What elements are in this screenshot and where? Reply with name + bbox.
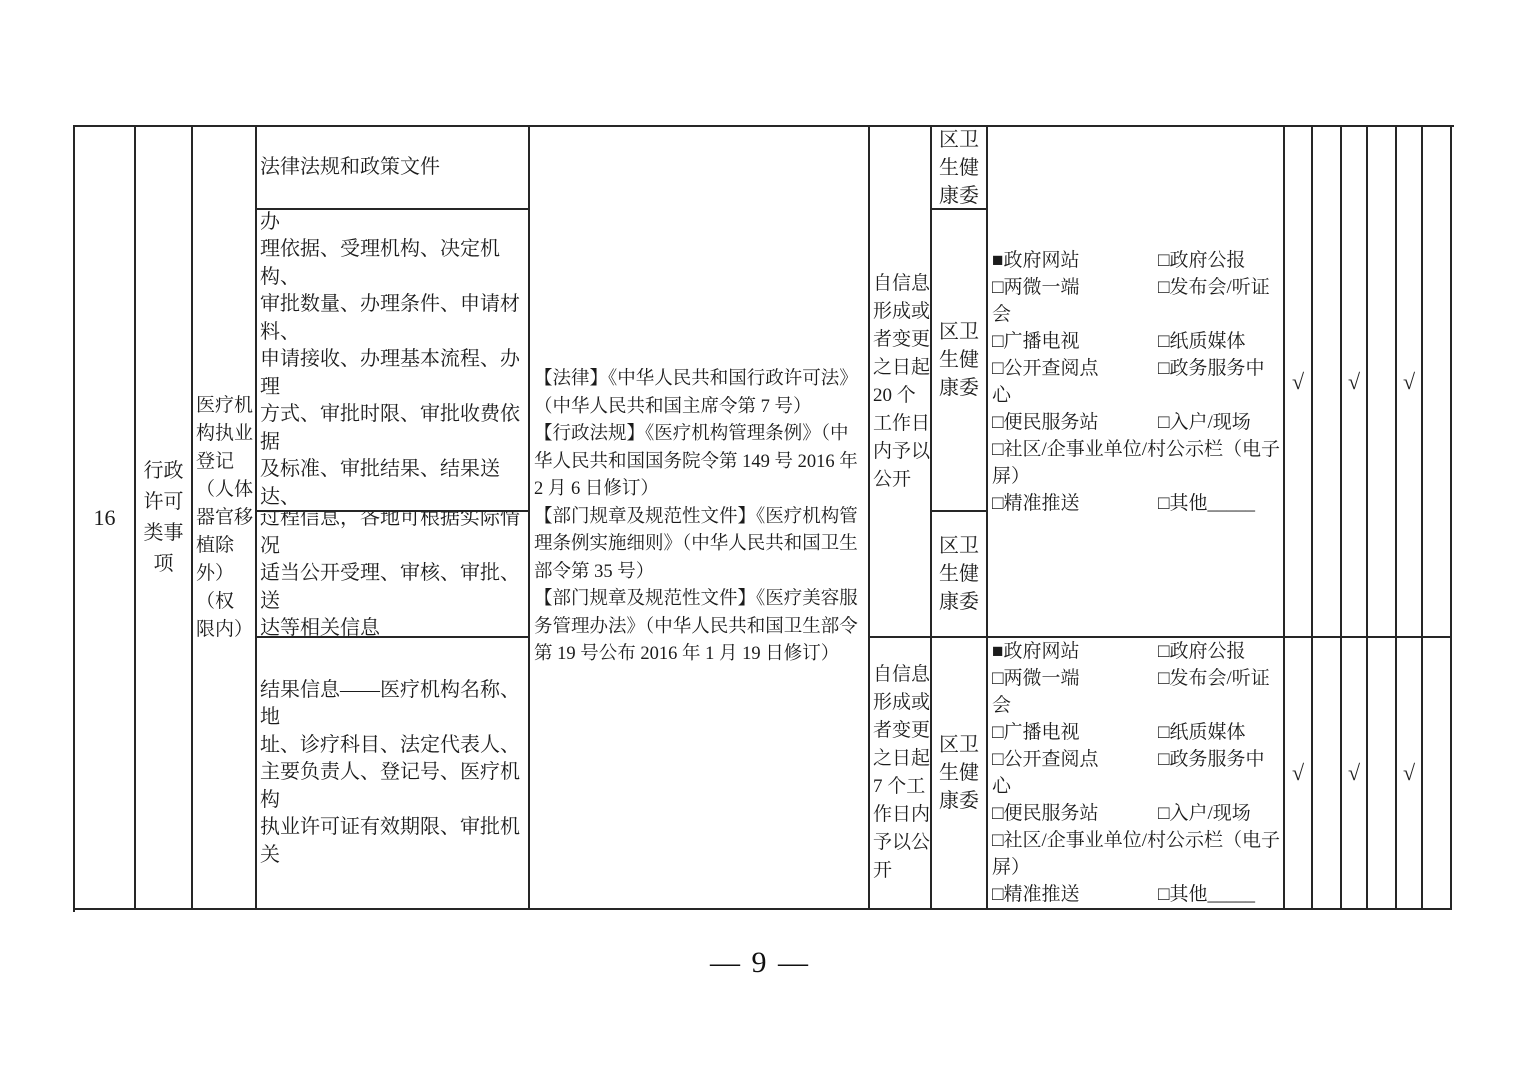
channel-option: □纸质媒体 — [1158, 722, 1245, 743]
channel-line: ■政府网站□政府公报 — [992, 247, 1283, 274]
department-name: 区卫 生健 康委 — [932, 127, 986, 210]
channel-option: □政府公报 — [1158, 250, 1245, 271]
channel-line: □公开查阅点□政务服务中 — [992, 355, 1283, 382]
channel-line: □广播电视□纸质媒体 — [992, 328, 1283, 355]
channel-line: □便民服务站□入户/现场 — [992, 800, 1283, 827]
channel-option: □其他_____ — [1158, 493, 1255, 514]
department-cell-3: 区卫 生健 康委 — [932, 512, 988, 638]
seq-number: 16 — [75, 505, 134, 531]
channel-line: 会 — [992, 692, 1283, 719]
channel-option: □精准推送 — [992, 490, 1158, 517]
legal-basis-cell: 【法律】《中华人民共和国行政许可法》 （中华人民共和国主席令第 7 号） 【行政… — [530, 127, 870, 910]
channel-option: 心 — [992, 385, 1011, 406]
channel-option: ■政府网站 — [992, 247, 1158, 274]
channel-option: 会 — [992, 304, 1011, 325]
check-cell — [1368, 638, 1397, 910]
channel-option: 屏） — [992, 466, 1030, 487]
channel-option: □两微一端 — [992, 665, 1158, 692]
department-name: 区卫 生健 康委 — [932, 731, 986, 815]
check-cell: √ — [1397, 638, 1423, 910]
channel-line: ■政府网站□政府公报 — [992, 638, 1283, 665]
channel-line: 屏） — [992, 854, 1283, 881]
channel-line: 心 — [992, 382, 1283, 409]
item-name: 医疗机 构执业 登记 （人体 器官移 植除 外）（权 限内） — [193, 392, 255, 644]
department-cell-1: 区卫 生健 康委 — [932, 127, 988, 210]
content-row-guide-cell: 办事指南，包括：适用范围、事 项审查类型、项目信息（项目名 称、审批类别、项目编… — [257, 210, 530, 512]
check-cell — [1313, 638, 1342, 910]
content-row-laws-cell: 法律法规和政策文件 — [257, 127, 530, 210]
publicity-channels-bottom-cell: ■政府网站□政府公报□两微一端□发布会/听证会□广播电视□纸质媒体□公开查阅点□… — [988, 638, 1285, 910]
channel-line: □两微一端□发布会/听证 — [992, 274, 1283, 301]
check-cell — [1423, 638, 1452, 910]
channel-line: 会 — [992, 301, 1283, 328]
channel-option: □入户/现场 — [1158, 412, 1251, 433]
channel-line: □精准推送□其他_____ — [992, 490, 1283, 517]
check-cell — [1368, 127, 1397, 638]
check-cell: √ — [1397, 127, 1423, 638]
content-row-process: 过程信息，各地可根据实际情况 适当公开受理、审核、审批、送 达等相关信息 — [257, 512, 528, 638]
channel-option: □两微一端 — [992, 274, 1158, 301]
channel-option: □入户/现场 — [1158, 803, 1251, 824]
document-page: 16 行政 许可 类事 项 医疗机 构执业 登记 （人体 器官移 植除 外）（权… — [0, 0, 1520, 1074]
channel-line: □社区/企事业单位/村公示栏（电子 — [992, 436, 1283, 463]
channel-option: 会 — [992, 695, 1011, 716]
check-cell: √ — [1342, 638, 1368, 910]
channel-option: □其他_____ — [1158, 884, 1255, 905]
channel-option: □广播电视 — [992, 328, 1158, 355]
check-cell: √ — [1342, 127, 1368, 638]
channel-option: □公开查阅点 — [992, 355, 1158, 382]
channel-option: □发布会/听证 — [1158, 277, 1270, 298]
channel-option: □纸质媒体 — [1158, 331, 1245, 352]
department-name: 区卫 生健 康委 — [932, 318, 986, 402]
channel-option: □政务服务中 — [1158, 749, 1264, 770]
channel-option: □广播电视 — [992, 719, 1158, 746]
item-name-cell: 医疗机 构执业 登记 （人体 器官移 植除 外）（权 限内） — [193, 127, 257, 910]
channel-option: □社区/企事业单位/村公示栏（电子 — [992, 830, 1280, 851]
channel-option: □社区/企事业单位/村公示栏（电子 — [992, 439, 1280, 460]
check-cell — [1313, 127, 1342, 638]
channel-line: □精准推送□其他_____ — [992, 881, 1283, 908]
channel-option: □精准推送 — [992, 881, 1158, 908]
publicity-channels-top-cell: ■政府网站□政府公报□两微一端□发布会/听证会□广播电视□纸质媒体□公开查阅点□… — [988, 127, 1285, 638]
channel-option: □便民服务站 — [992, 409, 1158, 436]
department-name: 区卫 生健 康委 — [932, 532, 986, 616]
channel-line: □社区/企事业单位/村公示栏（电子 — [992, 827, 1283, 854]
channel-line: □广播电视□纸质媒体 — [992, 719, 1283, 746]
time-limit-bottom-cell: 自信息 形成或 者变更 之日起 7 个工 作日内 予以公 开 — [870, 638, 932, 910]
department-cell-4: 区卫 生健 康委 — [932, 638, 988, 910]
channel-option: □发布会/听证 — [1158, 668, 1270, 689]
time-limit-bottom: 自信息 形成或 者变更 之日起 7 个工 作日内 予以公 开 — [870, 661, 930, 885]
channel-option: ■政府网站 — [992, 638, 1158, 665]
category-label: 行政 许可 类事 项 — [136, 456, 191, 580]
content-row-laws: 法律法规和政策文件 — [257, 154, 441, 182]
check-cell: √ — [1285, 638, 1313, 910]
channel-option: 心 — [992, 776, 1011, 797]
time-limit-top: 自信息 形成或 者变更 之日起 20 个 工作日 内予以 公开 — [870, 270, 930, 494]
content-row-process-cell: 过程信息，各地可根据实际情况 适当公开受理、审核、审批、送 达等相关信息 — [257, 512, 530, 638]
check-cell — [1423, 127, 1452, 638]
channel-option: □政府公报 — [1158, 641, 1245, 662]
legal-basis-text: 【法律】《中华人民共和国行政许可法》 （中华人民共和国主席令第 7 号） 【行政… — [530, 366, 858, 669]
channel-line: 心 — [992, 773, 1283, 800]
channel-list: ■政府网站□政府公报□两微一端□发布会/听证会□广播电视□纸质媒体□公开查阅点□… — [988, 247, 1283, 517]
check-cell: √ — [1285, 127, 1313, 638]
seq-number-cell: 16 — [75, 127, 136, 910]
content-row-result-cell: 结果信息——医疗机构名称、地 址、诊疗科目、法定代表人、 主要负责人、登记号、医… — [257, 638, 530, 910]
channel-option: □公开查阅点 — [992, 746, 1158, 773]
channel-option: □政务服务中 — [1158, 358, 1264, 379]
channel-option: 屏） — [992, 857, 1030, 878]
time-limit-top-cell: 自信息 形成或 者变更 之日起 20 个 工作日 内予以 公开 — [870, 127, 932, 638]
category-cell: 行政 许可 类事 项 — [136, 127, 193, 910]
content-row-result: 结果信息——医疗机构名称、地 址、诊疗科目、法定代表人、 主要负责人、登记号、医… — [257, 677, 528, 870]
content-row-guide: 办事指南，包括：适用范围、事 项审查类型、项目信息（项目名 称、审批类别、项目编… — [257, 210, 528, 512]
channel-line: □便民服务站□入户/现场 — [992, 409, 1283, 436]
page-number: — 9 — — [0, 946, 1520, 990]
channel-line: □两微一端□发布会/听证 — [992, 665, 1283, 692]
disclosure-catalog-table: 16 行政 许可 类事 项 医疗机 构执业 登记 （人体 器官移 植除 外）（权… — [73, 125, 1454, 912]
channel-line: 屏） — [992, 463, 1283, 490]
channel-line: □公开查阅点□政务服务中 — [992, 746, 1283, 773]
channel-list: ■政府网站□政府公报□两微一端□发布会/听证会□广播电视□纸质媒体□公开查阅点□… — [988, 638, 1283, 908]
department-cell-2: 区卫 生健 康委 — [932, 210, 988, 512]
channel-option: □便民服务站 — [992, 800, 1158, 827]
